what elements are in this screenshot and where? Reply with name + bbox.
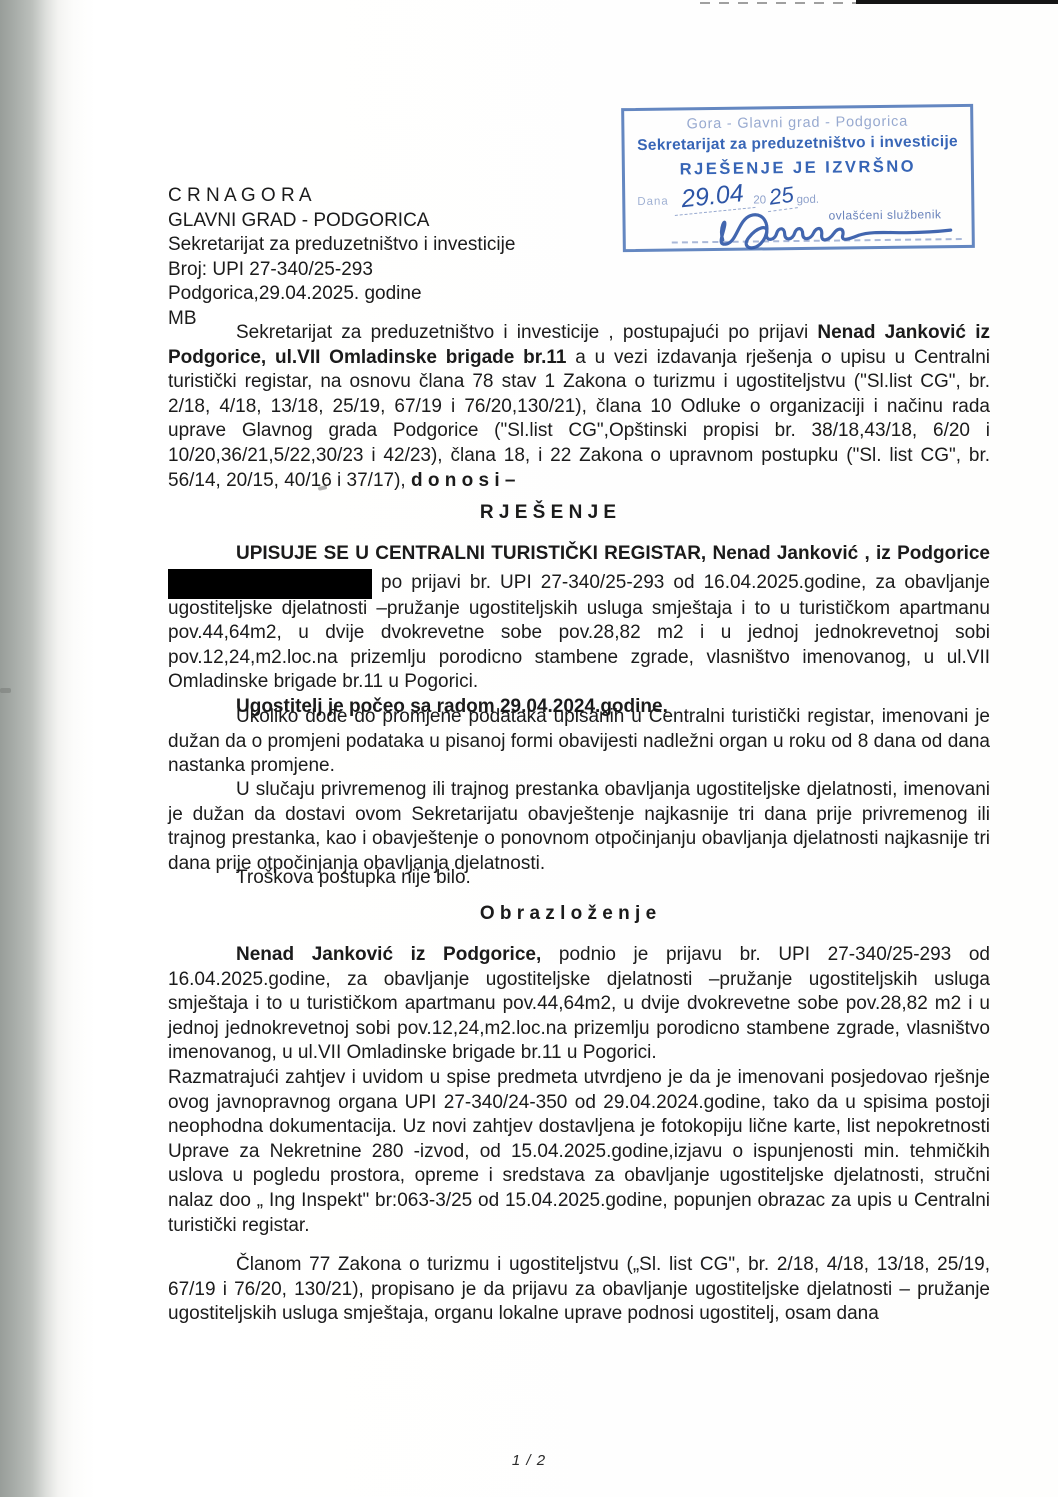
redacted-block: [168, 569, 372, 599]
header-country: C R N A G O R A: [168, 184, 990, 209]
law-block: Članom 77 Zakona o turizmu i ugostiteljs…: [168, 1253, 990, 1327]
scan-speck: [0, 688, 11, 693]
change-block: Ukoliko dođe do promjene podataka upisan…: [168, 705, 990, 779]
costs-line: Troškova postupka nije bilo.: [168, 866, 990, 891]
stamp-title-line: RJEŠENJE JE IZVRŠNO: [625, 157, 971, 180]
donosi-word: d o n o s i –: [411, 470, 516, 491]
review-paragraph: Razmatrajući zahtjev i uvidom u spise pr…: [168, 1066, 990, 1238]
reasoning-block: Nenad Janković iz Podgorice, podnio je p…: [168, 943, 990, 1238]
data-change-paragraph: Ukoliko dođe do promjene podataka upisan…: [168, 705, 990, 779]
registration-statement: UPISUJE SE U CENTRALNI TURISTIČKI REGIST…: [236, 543, 990, 564]
cessation-block: U slučaju privremenog ili trajnog presta…: [168, 778, 990, 876]
header-case-number: Broj: UPI 27-340/25-293: [168, 258, 990, 283]
applicant-name-2: Nenad Janković iz Podgorice,: [236, 944, 541, 965]
cessation-paragraph: U slučaju privremenog ili trajnog presta…: [168, 778, 990, 876]
intro-block: Sekretarijat za preduzetništvo i investi…: [168, 321, 990, 493]
page-number: 1 / 2: [0, 1452, 1058, 1469]
scan-artifact-bar: [856, 0, 1058, 4]
law-paragraph: Članom 77 Zakona o turizmu i ugostiteljs…: [168, 1253, 990, 1327]
costs-block: Troškova postupka nije bilo.: [168, 866, 990, 891]
reasoning-heading: O b r a z l o ž e n j e: [168, 902, 968, 927]
header-department: Sekretarijat za preduzetništvo i investi…: [168, 233, 990, 258]
application-paragraph: Nenad Janković iz Podgorice, podnio je p…: [168, 943, 990, 1066]
stamp-authority-line: Gora - Glavni grad - Podgorica: [624, 113, 970, 133]
decision-heading: R J E Š E N J E: [168, 501, 928, 526]
intro-paragraph: Sekretarijat za preduzetništvo i investi…: [168, 321, 990, 493]
scanned-document: Gora - Glavni grad - Podgorica Sekretari…: [0, 0, 1058, 1497]
decision-paragraph: UPISUJE SE U CENTRALNI TURISTIČKI REGIST…: [168, 542, 990, 695]
decision-block: UPISUJE SE U CENTRALNI TURISTIČKI REGIST…: [168, 542, 990, 720]
header-place-date: Podgorica,29.04.2025. godine: [168, 282, 990, 307]
document-header: C R N A G O R A GLAVNI GRAD - PODGORICA …: [168, 184, 990, 331]
intro-text-2: a u vezi izdavanja rješenja o upisu u Ce…: [168, 347, 990, 491]
scan-artifact-dashes: [700, 2, 858, 4]
header-city: GLAVNI GRAD - PODGORICA: [168, 209, 990, 234]
intro-text-1: Sekretarijat za preduzetništvo i investi…: [236, 322, 817, 343]
stamp-department-line: Sekretarijat za preduzetništvo i investi…: [624, 133, 970, 155]
